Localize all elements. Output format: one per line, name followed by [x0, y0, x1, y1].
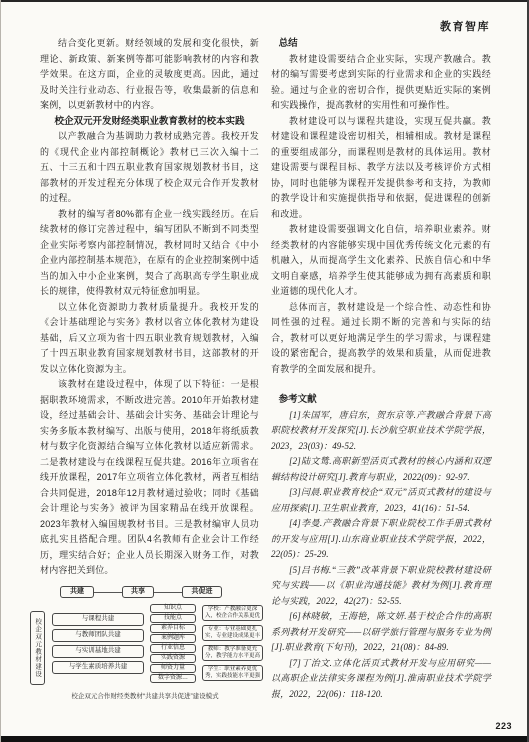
- figure-outcome-student: 学生：职业素养更优秀，实践技能水平更强: [202, 665, 263, 681]
- figure-outcome-teacher: 教师：教学准备更充分，教学能力水平更高: [202, 645, 263, 661]
- references-heading: 参考文献: [271, 392, 491, 408]
- figure-share-item: 行业信息: [150, 644, 196, 653]
- figure-build-item: 与课程共建: [52, 613, 144, 626]
- scan-edge-left: [0, 0, 1, 742]
- figure-node-co-build: 共建: [60, 586, 94, 598]
- reference-item: [3]闫晨.职业教育校企“双元”活页式教材的建设与应用探索[J].卫生职业教育，…: [271, 485, 491, 516]
- figure-build-item: 与教师团队共建: [52, 629, 144, 642]
- reference-item: [2]陆文鸶.高职新型活页式教材的核心内涵和双逻辑结构设计研究[J].教育与职业…: [271, 454, 491, 485]
- right-column: 总结 教材建设需要结合企业实际，实现产教融合。教材的编写需要考虑到实际的行业需求…: [271, 36, 491, 702]
- paragraph: 教材建设可以与课程共建设，实现互促共赢。教材建设和课程建设密切相关，相辅相成。教…: [271, 114, 491, 223]
- reference-item: [6]林晓敏，王海艳，陈文妍.基于校企合作的高职系列教材开发研究——以研学旅行管…: [271, 609, 491, 656]
- scan-edge-bottom: [0, 736, 529, 742]
- journal-section-label: 教育智库: [440, 18, 490, 34]
- reference-item: [5]吕书梅.“三教”改革背景下职业院校教材建设研究与实践——以《职业沟通技能》…: [271, 563, 491, 610]
- left-column: 结合变化更新。财经领域的发展和变化很快，新理论、新政策、新案例等都可能影响教材的…: [40, 36, 259, 709]
- figure-share-item: 技能点: [150, 614, 196, 623]
- figure-co-construction-model: 共建 共享 共促进 校企双元教材建设 与课程共建 与教师团队共建 与实训基地共建…: [26, 585, 264, 709]
- paragraph: 结合变化更新。财经领域的发展和变化很快，新理论、新政策、新案例等都可能影响教材的…: [40, 36, 259, 114]
- figure-outcome-major: 专业：专业基础更扎实，专业建设成果更丰: [202, 625, 263, 641]
- figure-share-item: 知识点: [150, 604, 196, 613]
- paragraph: 该教材在建设过程中，体现了以下特征：一是根据职教环境需求，不断改进完善。2010…: [40, 377, 259, 579]
- paragraph: 教材建设需要强调文化自信，培养职业素养。财经类教材的内容能够实现中国优秀传统文化…: [271, 222, 491, 300]
- figure-node-co-promote: 共促进: [182, 586, 222, 598]
- figure-build-item: 与实训基地共建: [52, 645, 144, 658]
- scan-edge-top: [0, 0, 529, 2]
- figure-caption: 校企双元合作财经类教材“共建共享共促进”建设模式: [26, 691, 264, 700]
- paragraph: 教材建设需要结合企业实际，实现产教融合。教材的编写需要考虑到实际的行业需求和企业…: [271, 52, 491, 114]
- section-heading: 校企双元开发财经类职业教育教材的校本实践: [40, 114, 259, 130]
- figure-share-item: 师资力量: [150, 664, 196, 673]
- paragraph: 教材的编写者80%都有企业一线实践经历。在后续教材的修订完善过程中，编写团队不断…: [40, 207, 259, 300]
- paragraph: 以产教融合为基调助力教材成熟完善。我校开发的《现代企业内部控制概论》教材已三次入…: [40, 129, 259, 207]
- page-number: 223: [495, 721, 512, 731]
- summary-heading: 总结: [271, 36, 491, 52]
- figure-build-item: 与学生素质培养共建: [52, 661, 144, 674]
- figure-outcome-school: 学校：产教融合更深入，校企合作关系更优: [202, 605, 263, 621]
- figure-node-co-share: 共享: [122, 586, 154, 598]
- journal-page: 教育智库 结合变化更新。财经领域的发展和变化很快，新理论、新政策、新案例等都可能…: [0, 0, 529, 742]
- figure-root-node: 校企双元教材建设: [30, 611, 45, 685]
- figure-share-item: 案例题库: [150, 634, 196, 643]
- reference-item: [4]李曼.产教融合背景下职业院校工作手册式教材的开发与应用[J].山东商业职业…: [271, 516, 491, 563]
- figure-share-item: 实践资源: [150, 654, 196, 663]
- figure-share-item: 素养目标: [150, 624, 196, 633]
- reference-item: [1]朱国军，唐启东，贺东京等.产教融合背景下高职院校教材开发探究[J].长沙航…: [271, 408, 491, 455]
- reference-item: [7]丁治文.立体化活页式教材开发与应用研究——以高职企业法律实务课程为例[J]…: [271, 656, 491, 703]
- figure-share-item: 数字资源…: [150, 674, 196, 683]
- paragraph: 以立体化资源助力教材质量提升。我校开发的《会计基础理论与实务》教材以省立体化教材…: [40, 300, 259, 378]
- paragraph: 总体而言，教材建设是一个综合性、动态性和协同性强的过程。通过长期不断的完善和与实…: [271, 300, 491, 378]
